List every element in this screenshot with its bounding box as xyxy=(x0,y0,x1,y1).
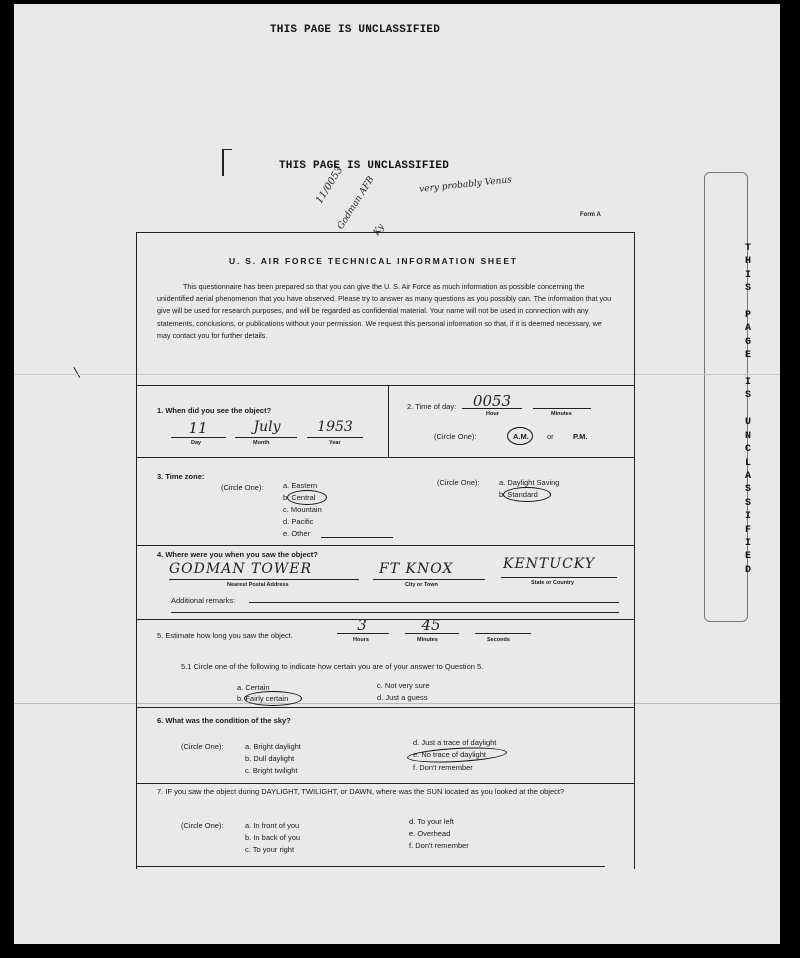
q4-state-value[interactable]: KENTUCKY xyxy=(503,556,595,572)
handwritten-base: Godman AFB xyxy=(336,175,376,231)
unclassified-stamp-top: THIS PAGE IS UNCLASSIFIED xyxy=(270,24,440,36)
dst-option-daylight-saving[interactable]: a. Daylight Saving xyxy=(499,478,559,487)
q3-dst-circle-one-label: (Circle One): xyxy=(437,478,480,487)
q2-or-label: or xyxy=(547,432,554,441)
certainty-option-not-very-sure[interactable]: c. Not very sure xyxy=(377,681,430,690)
q5-1-label: 5.1 Circle one of the following to indic… xyxy=(181,662,483,671)
sun-option-in-front[interactable]: a. In front of you xyxy=(245,821,299,830)
q4-city-value[interactable]: FT KNOX xyxy=(379,561,453,577)
q1-month-value[interactable]: July xyxy=(237,419,297,435)
minutes-caption: Minutes xyxy=(551,411,572,417)
section-q4: 4. Where were you when you saw the objec… xyxy=(137,545,634,619)
unclassified-stamp-middle: THIS PAGE IS UNCLASSIFIED xyxy=(279,160,449,172)
q5-minutes-value[interactable]: 45 xyxy=(405,616,457,634)
q3-label: 3. Time zone: xyxy=(157,472,204,481)
q1-day-value[interactable]: 11 xyxy=(173,419,223,437)
q5-minutes-caption: Minutes xyxy=(417,637,438,643)
sky-option-dont-remember[interactable]: f. Don't remember xyxy=(413,763,473,772)
central-circle-mark xyxy=(287,490,327,505)
q5-hours-value[interactable]: 3 xyxy=(337,616,387,634)
sun-option-dont-remember[interactable]: f. Don't remember xyxy=(409,841,469,850)
hours-caption: Hours xyxy=(353,637,369,643)
day-caption: Day xyxy=(191,440,201,446)
sky-option-bright-daylight[interactable]: a. Bright daylight xyxy=(245,742,301,751)
handwritten-note: very probably Venus xyxy=(419,175,513,195)
sky-option-dull-daylight[interactable]: b. Dull daylight xyxy=(245,754,294,763)
city-caption: City or Town xyxy=(405,582,438,588)
q4-address-value[interactable]: GODMAN TOWER xyxy=(169,561,312,577)
section-q1-q2: 1. When did you see the object? 11 Day J… xyxy=(137,385,634,457)
zone-option-eastern[interactable]: a. Eastern xyxy=(283,481,317,490)
zone-option-other[interactable]: e. Other xyxy=(283,529,310,538)
q1-year-value[interactable]: 1953 xyxy=(307,419,363,435)
am-circle-mark xyxy=(507,427,533,445)
sky-option-just-a-trace[interactable]: d. Just a trace of daylight xyxy=(413,738,496,747)
section-q7: 7. IF you saw the object during DAYLIGHT… xyxy=(137,783,634,870)
section-divider xyxy=(388,386,389,458)
q1-label: 1. When did you see the object? xyxy=(157,406,271,415)
standard-circle-mark xyxy=(503,487,551,502)
section-q6: 6. What was the condition of the sky? (C… xyxy=(137,707,634,783)
sun-option-overhead[interactable]: e. Overhead xyxy=(409,829,450,838)
zone-option-mountain[interactable]: c. Mountain xyxy=(283,505,322,514)
sun-option-in-back[interactable]: b. In back of you xyxy=(245,833,300,842)
q4-label: 4. Where were you when you saw the objec… xyxy=(157,550,318,559)
state-caption: State or Country xyxy=(531,580,574,586)
q2-label: 2. Time of day: xyxy=(407,402,456,411)
technical-information-sheet: U. S. AIR FORCE TECHNICAL INFORMATION SH… xyxy=(136,232,635,869)
address-caption: Nearest Postal Address xyxy=(227,582,289,588)
sun-option-left[interactable]: d. To your left xyxy=(409,817,454,826)
zone-option-pacific[interactable]: d. Pacific xyxy=(283,517,313,526)
seconds-caption: Seconds xyxy=(487,637,510,643)
form-bottom-border xyxy=(137,866,605,867)
q6-label: 6. What was the condition of the sky? xyxy=(157,716,291,725)
q2-pm-option[interactable]: P.M. xyxy=(573,432,587,441)
fairly-certain-circle-mark xyxy=(244,691,302,706)
sky-option-bright-twilight[interactable]: c. Bright twilight xyxy=(245,766,298,775)
form-title: U. S. AIR FORCE TECHNICAL INFORMATION SH… xyxy=(229,256,518,266)
section-q5: 5. Estimate how long you saw the object.… xyxy=(137,619,634,707)
q3-circle-one-label: (Circle One): xyxy=(221,483,264,492)
remarks-input-line-1[interactable] xyxy=(249,602,619,603)
certainty-option-just-a-guess[interactable]: d. Just a guess xyxy=(377,693,427,702)
q6-circle-one-label: (Circle One): xyxy=(181,742,224,751)
q2-circle-one-label: (Circle One): xyxy=(434,432,477,441)
remarks-input-line-2[interactable] xyxy=(171,612,619,613)
scanned-page: THIS PAGE IS UNCLASSIFIED THIS PAGE IS U… xyxy=(14,4,780,944)
remarks-label: Additional remarks: xyxy=(171,596,235,605)
q7-label: 7. IF you saw the object during DAYLIGHT… xyxy=(157,786,617,797)
q7-circle-one-label: (Circle One): xyxy=(181,821,224,830)
no-trace-circle-mark xyxy=(407,745,508,764)
year-caption: Year xyxy=(329,440,341,446)
unclassified-stamp-vertical: T H I S P A G E I S U N C L A S S I F I … xyxy=(740,242,756,577)
section-q3: 3. Time zone: (Circle One): a. Eastern b… xyxy=(137,457,634,545)
corner-mark xyxy=(222,149,232,176)
month-caption: Month xyxy=(253,440,270,446)
form-intro: This questionnaire has been prepared so … xyxy=(157,281,612,342)
sun-option-right[interactable]: c. To your right xyxy=(245,845,294,854)
scan-mark xyxy=(73,364,85,378)
q5-label: 5. Estimate how long you saw the object. xyxy=(157,631,293,640)
hour-caption: Hour xyxy=(486,411,499,417)
form-label: Form A xyxy=(580,212,601,218)
